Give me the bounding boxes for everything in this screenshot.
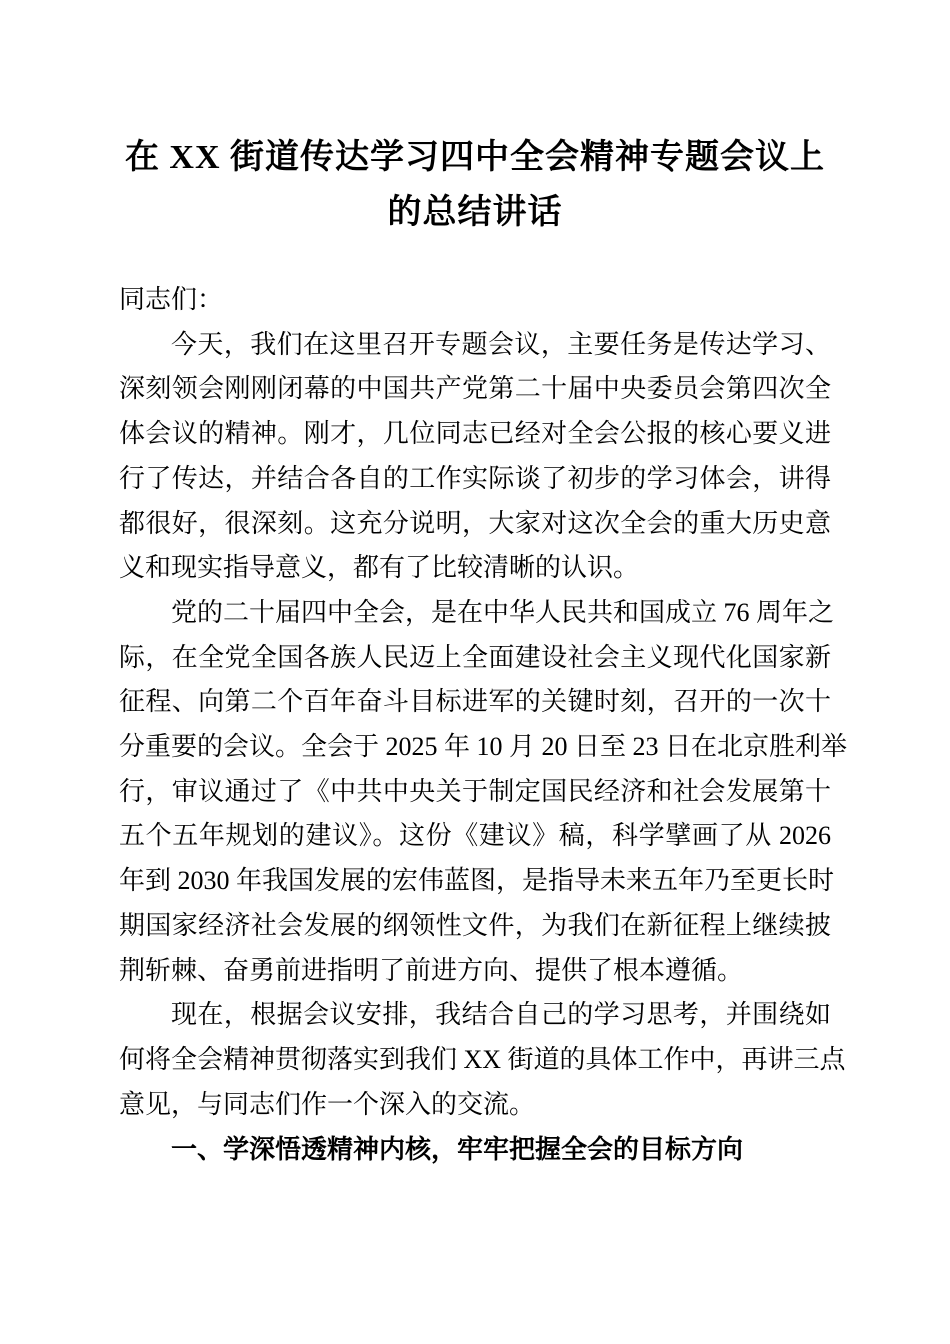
body-line: 现在，根据会议安排，我结合自己的学习思考，并围绕如 bbox=[119, 993, 831, 1038]
body-line: 意见，与同志们作一个深入的交流。 bbox=[119, 1083, 831, 1128]
body-line: 行了传达，并结合各自的工作实际谈了初步的学习体会，讲得 bbox=[119, 457, 831, 502]
body-line: 期国家经济社会发展的纲领性文件，为我们在新征程上继续披 bbox=[119, 904, 831, 949]
body-line: 义和现实指导意义，都有了比较清晰的认识。 bbox=[119, 546, 831, 591]
section-heading-1: 一、学深悟透精神内核，牢牢把握全会的目标方向 bbox=[119, 1127, 831, 1172]
body-line: 征程、向第二个百年奋斗目标进军的关键时刻，召开的一次十 bbox=[119, 680, 831, 725]
body-line: 际，在全党全国各族人民迈上全面建设社会主义现代化国家新 bbox=[119, 636, 831, 681]
title-line-2: 的总结讲话 bbox=[119, 185, 831, 240]
document-body: 同志们： 今天，我们在这里召开专题会议，主要任务是传达学习、 深刻领会刚刚闭幕的… bbox=[119, 278, 831, 1172]
body-line: 今天，我们在这里召开专题会议，主要任务是传达学习、 bbox=[119, 323, 831, 368]
document-title: 在 XX 街道传达学习四中全会精神专题会议上 的总结讲话 bbox=[119, 0, 831, 240]
paragraph-2: 党的二十届四中全会，是在中华人民共和国成立 76 周年之 际，在全党全国各族人民… bbox=[119, 591, 831, 993]
body-line: 党的二十届四中全会，是在中华人民共和国成立 76 周年之 bbox=[119, 591, 831, 636]
paragraph-3: 现在，根据会议安排，我结合自己的学习思考，并围绕如 何将全会精神贯彻落实到我们 … bbox=[119, 993, 831, 1127]
body-line: 何将全会精神贯彻落实到我们 XX 街道的具体工作中，再讲三点 bbox=[119, 1038, 831, 1083]
body-line: 深刻领会刚刚闭幕的中国共产党第二十届中央委员会第四次全 bbox=[119, 367, 831, 412]
body-line: 行，审议通过了《中共中央关于制定国民经济和社会发展第十 bbox=[119, 770, 831, 815]
salutation: 同志们： bbox=[119, 278, 831, 323]
title-line-1: 在 XX 街道传达学习四中全会精神专题会议上 bbox=[119, 130, 831, 185]
body-line: 都很好，很深刻。这充分说明，大家对这次全会的重大历史意 bbox=[119, 502, 831, 547]
body-line: 荆斩棘、奋勇前进指明了前进方向、提供了根本遵循。 bbox=[119, 949, 831, 994]
body-line: 分重要的会议。全会于 2025 年 10 月 20 日至 23 日在北京胜利举 bbox=[119, 725, 831, 770]
document-page: 在 XX 街道传达学习四中全会精神专题会议上 的总结讲话 同志们： 今天，我们在… bbox=[0, 0, 950, 1344]
body-line: 体会议的精神。刚才，几位同志已经对全会公报的核心要义进 bbox=[119, 412, 831, 457]
body-line: 年到 2030 年我国发展的宏伟蓝图，是指导未来五年乃至更长时 bbox=[119, 859, 831, 904]
body-line: 五个五年规划的建议》。这份《建议》稿，科学擘画了从 2026 bbox=[119, 814, 831, 859]
paragraph-1: 今天，我们在这里召开专题会议，主要任务是传达学习、 深刻领会刚刚闭幕的中国共产党… bbox=[119, 323, 831, 591]
